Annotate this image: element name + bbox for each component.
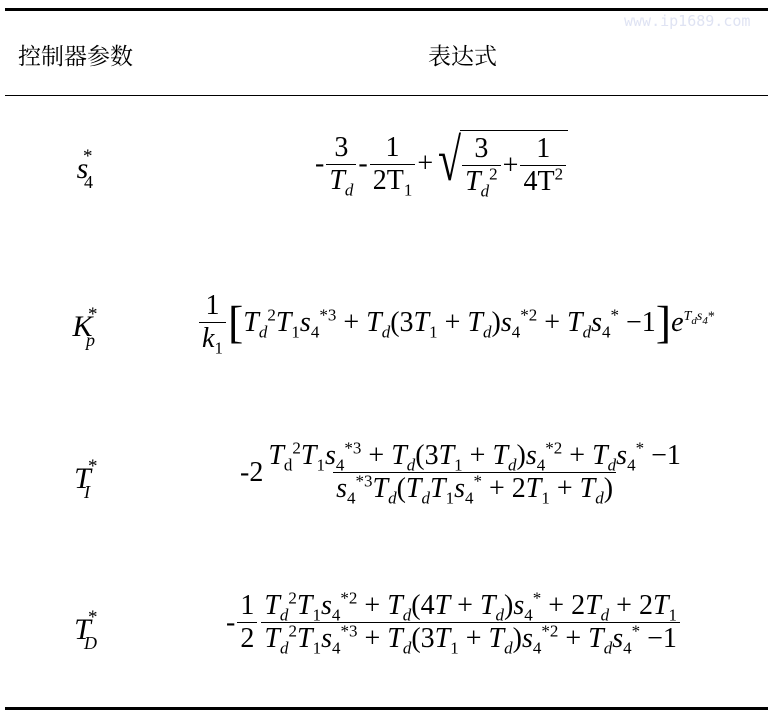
param-kp-star: K * p (0, 310, 165, 344)
watermark: www.ip1689.com (624, 12, 750, 30)
table-bottom-rule (5, 707, 768, 710)
expression-kp-star: 1k1[Td2T1s4*3 + Td(3T1 + Td)s4*2 + Tds4*… (197, 290, 715, 355)
expression-ti-star: -2Td2T1s4*3 + Td(3T1 + Td)s4*2 + Tds4* −… (240, 440, 686, 505)
param-s4-star: s * 4 (0, 152, 165, 186)
column-header-parameter: 控制器参数 (18, 38, 133, 71)
expression-td-star: -12Td2T1s4*2 + Td(4T + Td)s4* + 2Td + 2T… (226, 590, 682, 655)
param-td-star: T * D (0, 613, 165, 647)
param-ti-star: T * I (0, 462, 165, 496)
header-rule (5, 95, 768, 96)
column-header-expression: 表达式 (428, 38, 497, 71)
expression-s4-star: -3Td-12T1+√3Td2+14T2 (315, 130, 568, 198)
table-top-rule (5, 8, 768, 11)
